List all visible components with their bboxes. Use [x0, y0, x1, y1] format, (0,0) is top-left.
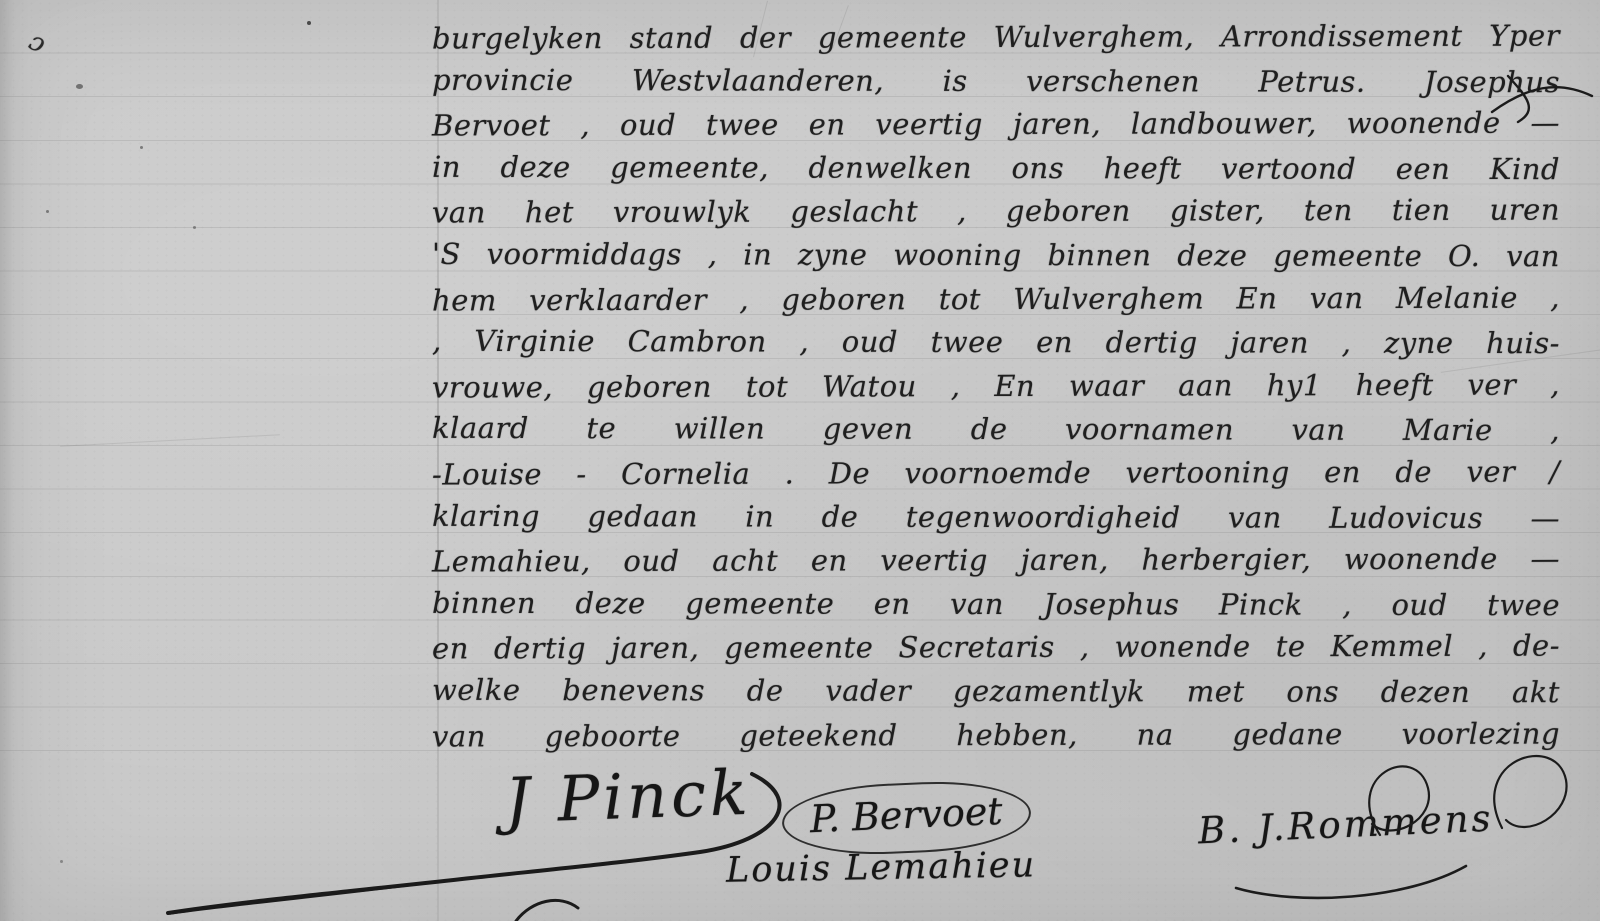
record-text-block: burgelyken stand der gemeente Wulverghem…	[432, 16, 1560, 757]
ink-speck	[60, 860, 63, 863]
ink-speck	[193, 226, 196, 229]
text-line: en dertig jaren, gemeente Secretaris , w…	[432, 625, 1560, 672]
ink-speck	[46, 210, 49, 213]
ink-speck	[76, 84, 83, 89]
scratch-mark	[60, 434, 280, 447]
text-line: welke benevens de vader gezamentlyk met …	[432, 669, 1560, 715]
text-line: , Virginie Cambron , oud twee en dertig …	[432, 320, 1560, 366]
text-line: in deze gemeente, denwelken ons heeft ve…	[432, 146, 1560, 192]
text-line: Lemahieu, oud acht en veertig jaren, her…	[432, 538, 1560, 585]
voorlezing-loop-flourish	[1494, 756, 1566, 828]
text-line: Bervoet , oud twee en veertig jaren, lan…	[432, 102, 1560, 149]
text-line: burgelyken stand der gemeente Wulverghem…	[432, 15, 1560, 62]
text-line: van geboorte geteekend hebben, na gedane…	[432, 712, 1560, 759]
rommens-underline-flourish	[1236, 866, 1466, 898]
text-line: provincie Westvlaanderen, is verschenen …	[432, 58, 1560, 104]
text-line: hem verklaarder , geboren tot Wulverghem…	[432, 276, 1560, 323]
bottom-partial-stroke	[516, 900, 578, 921]
text-line: vrouwe, geboren tot Watou , En waar aan …	[432, 363, 1560, 410]
signature-rommens: B. J.Rommens	[1197, 797, 1494, 853]
text-line: binnen deze gemeente en van Josephus Pin…	[432, 582, 1560, 628]
signature-lemahieu: Louis Lemahieu	[726, 845, 1037, 890]
ink-speck	[307, 21, 311, 25]
pinck-tail-flourish-taper	[170, 879, 462, 914]
text-line: klaring gedaan in de tegenwoordigheid va…	[432, 494, 1560, 540]
document-page: ɔ burgelyken stand der gemeente Wulvergh…	[0, 0, 1600, 921]
text-line: van het vrouwlyk geslacht , geboren gist…	[432, 189, 1560, 236]
text-line: -Louise - Cornelia . De voornoemde verto…	[432, 450, 1560, 497]
text-line: 'S voormiddags , in zyne wooning binnen …	[432, 233, 1560, 279]
ink-speck	[140, 146, 143, 149]
text-line: klaard te willen geven de voornamen van …	[432, 407, 1560, 453]
margin-ink-mark: ɔ	[24, 26, 50, 59]
signature-pinck: J Pinck	[504, 756, 753, 838]
